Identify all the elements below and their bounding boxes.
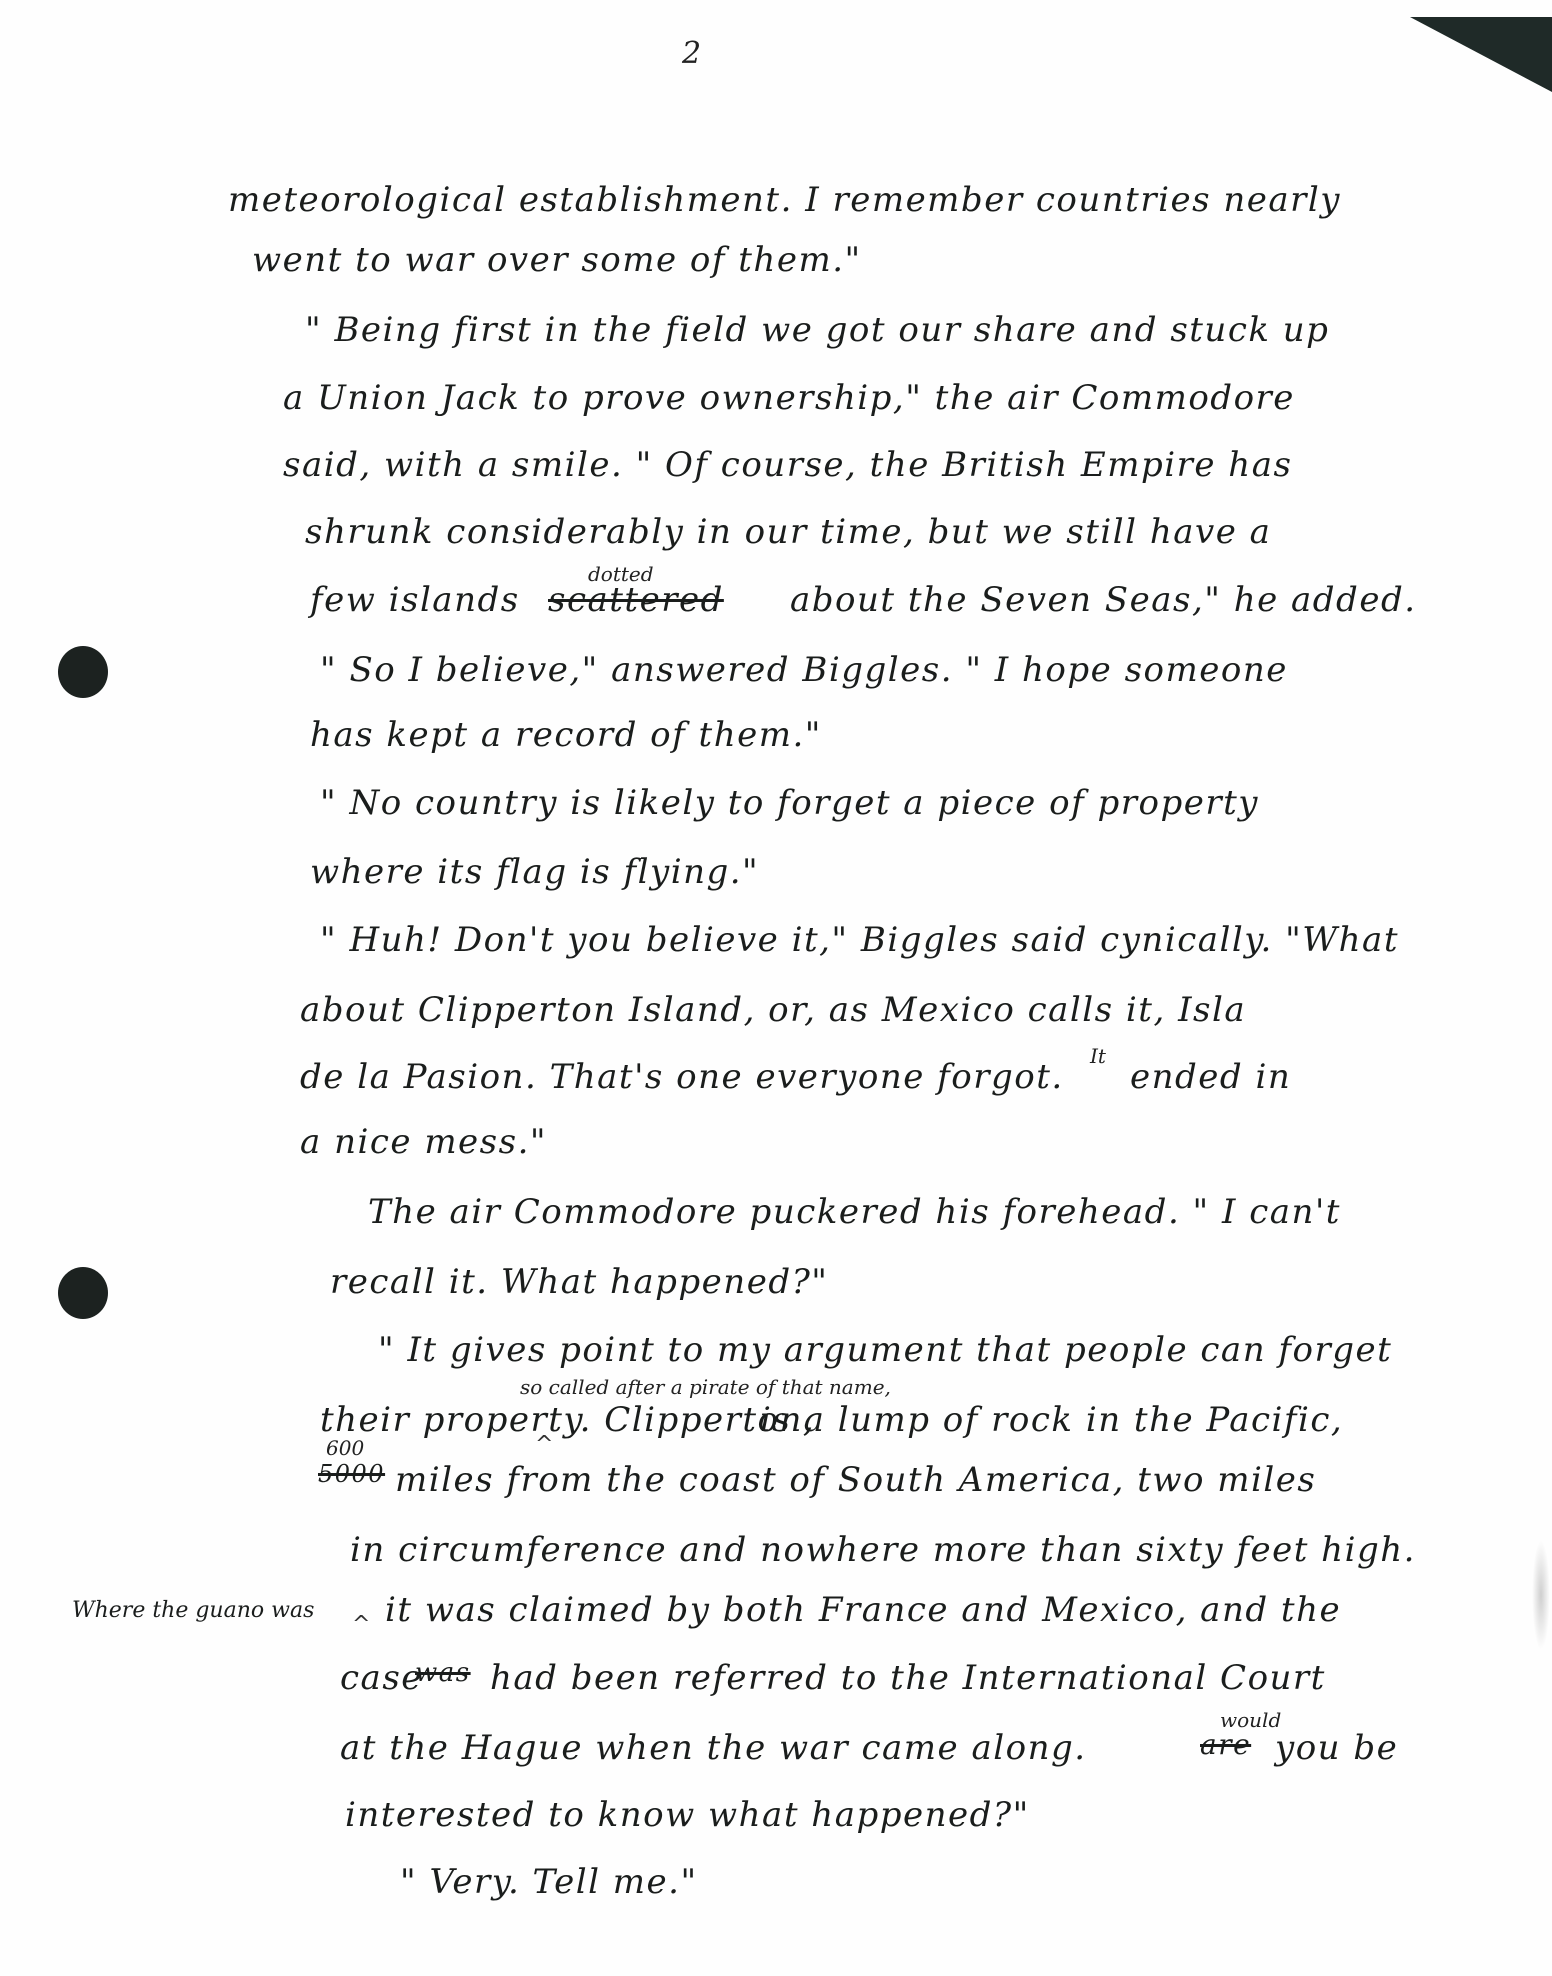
text-line-23-start: case bbox=[340, 1658, 423, 1698]
text-line-14-end: ended in bbox=[1130, 1057, 1291, 1097]
text-line-7-end: about the Seven Seas," he added. bbox=[790, 580, 1417, 620]
manuscript-page: 2 meteorological establishment. I rememb… bbox=[0, 0, 1552, 1976]
text-line-16: The air Commodore puckered his forehead.… bbox=[368, 1192, 1341, 1232]
text-line-15: a nice mess." bbox=[300, 1122, 547, 1162]
margin-note: Where the guano was bbox=[72, 1598, 314, 1623]
text-line-24-end: you be bbox=[1275, 1728, 1398, 1768]
inserted-word-it: It bbox=[1090, 1044, 1106, 1068]
text-line-12: " Huh! Don't you believe it," Biggles sa… bbox=[320, 920, 1399, 960]
text-line-23-end: had been referred to the International C… bbox=[490, 1658, 1326, 1698]
text-line-11: where its flag is flying." bbox=[310, 852, 759, 892]
margin-insertion-caret: ^ bbox=[352, 1612, 370, 1637]
text-line-21: in circumference and nowhere more than s… bbox=[350, 1530, 1416, 1570]
inserted-phrase-so-called: so called after a pirate of that name, bbox=[520, 1375, 891, 1399]
text-line-24: at the Hague when the war came along. bbox=[340, 1728, 1087, 1768]
text-line-1: meteorological establishment. I remember… bbox=[228, 180, 1341, 220]
text-line-17: recall it. What happened?" bbox=[330, 1262, 828, 1302]
text-line-6: shrunk considerably in our time, but we … bbox=[305, 512, 1271, 552]
punch-hole-bottom bbox=[58, 1267, 108, 1319]
text-line-19-end: is a lump of rock in the Pacific, bbox=[760, 1400, 1343, 1440]
text-line-20: miles from the coast of South America, t… bbox=[395, 1460, 1316, 1500]
page-number: 2 bbox=[682, 36, 701, 71]
text-line-18: " It gives point to my argument that peo… bbox=[378, 1330, 1392, 1370]
text-line-4: a Union Jack to prove ownership," the ai… bbox=[283, 378, 1295, 418]
text-line-22: it was claimed by both France and Mexico… bbox=[385, 1590, 1341, 1630]
struck-word-scattered: scattered bbox=[548, 580, 724, 620]
text-line-3: " Being first in the field we got our sh… bbox=[305, 310, 1329, 350]
text-line-5: said, with a smile. " Of course, the Bri… bbox=[283, 445, 1292, 485]
text-line-10: " No country is likely to forget a piece… bbox=[320, 783, 1259, 823]
text-line-13: about Clipperton Island, or, as Mexico c… bbox=[300, 990, 1246, 1030]
text-line-26: " Very. Tell me." bbox=[400, 1862, 698, 1902]
text-line-19-start: their property. Clipperton, bbox=[320, 1400, 815, 1440]
text-line-7-start: few islands bbox=[310, 580, 520, 620]
scan-smudge bbox=[1532, 1540, 1550, 1650]
text-line-14-start: de la Pasion. That's one everyone forgot… bbox=[300, 1057, 1064, 1097]
struck-number-5000: 5000 bbox=[318, 1460, 385, 1488]
insertion-caret: ^ bbox=[535, 1432, 553, 1457]
struck-word-was: was bbox=[415, 1658, 471, 1688]
struck-word-are: are bbox=[1200, 1728, 1251, 1761]
text-line-8: " So I believe," answered Biggles. " I h… bbox=[320, 650, 1288, 690]
corner-tab-mark bbox=[1410, 17, 1552, 92]
inserted-number-600: 600 bbox=[326, 1436, 364, 1460]
text-line-25: interested to know what happened?" bbox=[345, 1795, 1030, 1835]
punch-hole-top bbox=[58, 646, 108, 698]
text-line-2: went to war over some of them." bbox=[252, 240, 862, 280]
text-line-9: has kept a record of them." bbox=[310, 715, 822, 755]
